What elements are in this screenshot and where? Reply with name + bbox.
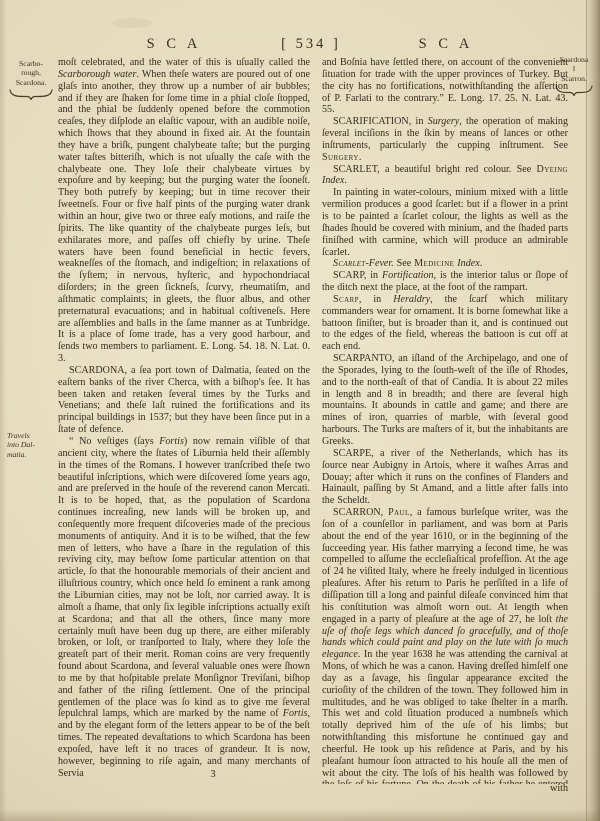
paragraph: SCARPE, a river of the Netherlands, whic… <box>322 448 568 507</box>
text-run: SCARLET, a beautiful bright red colour. … <box>333 164 537 175</box>
margin-note-line: into Dal- <box>7 440 59 449</box>
paper-stain <box>112 18 152 28</box>
paragraph: moſt celebrated, and the water of this i… <box>58 57 310 365</box>
page-header: S C A [ 534 ] S C A <box>0 36 600 54</box>
text-run: Paul <box>388 507 410 518</box>
page-edge-shadow <box>0 0 7 821</box>
running-title-left: S C A <box>136 36 212 53</box>
paragraph: SCARRON, Paul, a famous burleſque writer… <box>322 507 568 784</box>
text-run: , in <box>359 294 393 305</box>
page: { "header": { "running_title_left": "S C… <box>0 0 600 821</box>
paragraph: Scarp, in Heraldry, the ſcarf which mili… <box>322 294 568 353</box>
catchword: with <box>322 783 568 794</box>
page-edge-shadow <box>585 0 600 821</box>
signature-mark: 3 <box>198 769 228 780</box>
text-run: Scarp <box>333 294 359 305</box>
paragraph: and Boſnia have ſettled there, on accoun… <box>322 57 568 116</box>
text-run: Index <box>322 175 344 186</box>
text-run: ) now remain viſible of that ancient cit… <box>58 436 310 719</box>
page-edge-shadow <box>0 809 600 821</box>
paragraph: SCARP, in Fortification, is the interior… <box>322 270 568 294</box>
left-column: moſt celebrated, and the water of this i… <box>58 57 310 784</box>
paragraph: “ No veſtiges (ſays Fortis) now remain v… <box>58 436 310 779</box>
text-run: Scarlet <box>333 258 365 269</box>
page-number: [ 534 ] <box>258 36 364 53</box>
margin-note-line: Travels <box>7 431 59 440</box>
text-run: . <box>359 152 362 163</box>
margin-note-travels-into-dalmatia: Travels into Dal- matia. <box>7 431 59 459</box>
text-run: SCARP, in <box>333 270 382 281</box>
right-column: and Boſnia have ſettled there, on accoun… <box>322 57 568 784</box>
margin-note-line: Scardona. <box>5 78 57 87</box>
margin-note-line: rough, <box>5 68 57 77</box>
text-run: Medicine <box>414 258 454 269</box>
text-run: , a famous burleſque writer, was the ſon… <box>322 507 568 625</box>
text-run: -Fever. <box>365 258 393 269</box>
running-title-right: S C A <box>408 36 484 53</box>
text-run: See <box>394 258 414 269</box>
text-run: SCARIFICATION, in <box>333 116 428 127</box>
paragraph: SCARIFICATION, in Surgery, the operation… <box>322 116 568 163</box>
text-run: SCARDONA, a ſea port town of Dalmatia, ſ… <box>58 365 310 435</box>
text-run: . <box>480 258 483 269</box>
text-run: . In the year 1638 he was attending the … <box>322 649 568 784</box>
text-run: Index <box>457 258 479 269</box>
text-run: SCARRON, <box>333 507 388 518</box>
text-run: Fortis <box>283 708 308 719</box>
paragraph: Scarlet-Fever. See Medicine Index. <box>322 258 568 270</box>
text-run: SCARPANTO, an iſland of the Archipelago,… <box>322 353 568 447</box>
text-run: Scarborough water <box>58 69 136 80</box>
page-edge-line <box>586 0 587 821</box>
text-run: moſt celebrated, and the water of this i… <box>58 57 310 68</box>
margin-note-scarborough: Scarbo- rough, Scardona. <box>5 59 57 100</box>
text-run: SCARPE, a river of the Netherlands, whic… <box>322 448 568 506</box>
paragraph: SCARLET, a beautiful bright red colour. … <box>322 164 568 188</box>
paragraph: In painting in water-colours, minium mix… <box>322 187 568 258</box>
paragraph: SCARDONA, a ſea port town of Dalmatia, ſ… <box>58 365 310 436</box>
margin-note-line: Scarbo- <box>5 59 57 68</box>
paragraph: SCARPANTO, an iſland of the Archipelago,… <box>322 353 568 448</box>
text-run: Dyeing <box>537 164 568 175</box>
text-run: In painting in water-colours, minium mix… <box>322 187 568 257</box>
text-run: . When theſe waters are poured out of on… <box>58 69 310 364</box>
text-run: Heraldry <box>393 294 430 305</box>
text-run: Surgery <box>428 116 460 127</box>
text-run: . <box>344 175 347 186</box>
text-run: Fortification <box>382 270 434 281</box>
margin-note-line: matia. <box>7 450 59 459</box>
text-run: and Boſnia have ſettled there, on accoun… <box>322 57 568 115</box>
text-run: Surgery <box>322 152 359 163</box>
brace-icon <box>8 89 54 100</box>
text-run: “ No veſtiges (ſays <box>69 436 159 447</box>
text-run: Fortis <box>159 436 184 447</box>
